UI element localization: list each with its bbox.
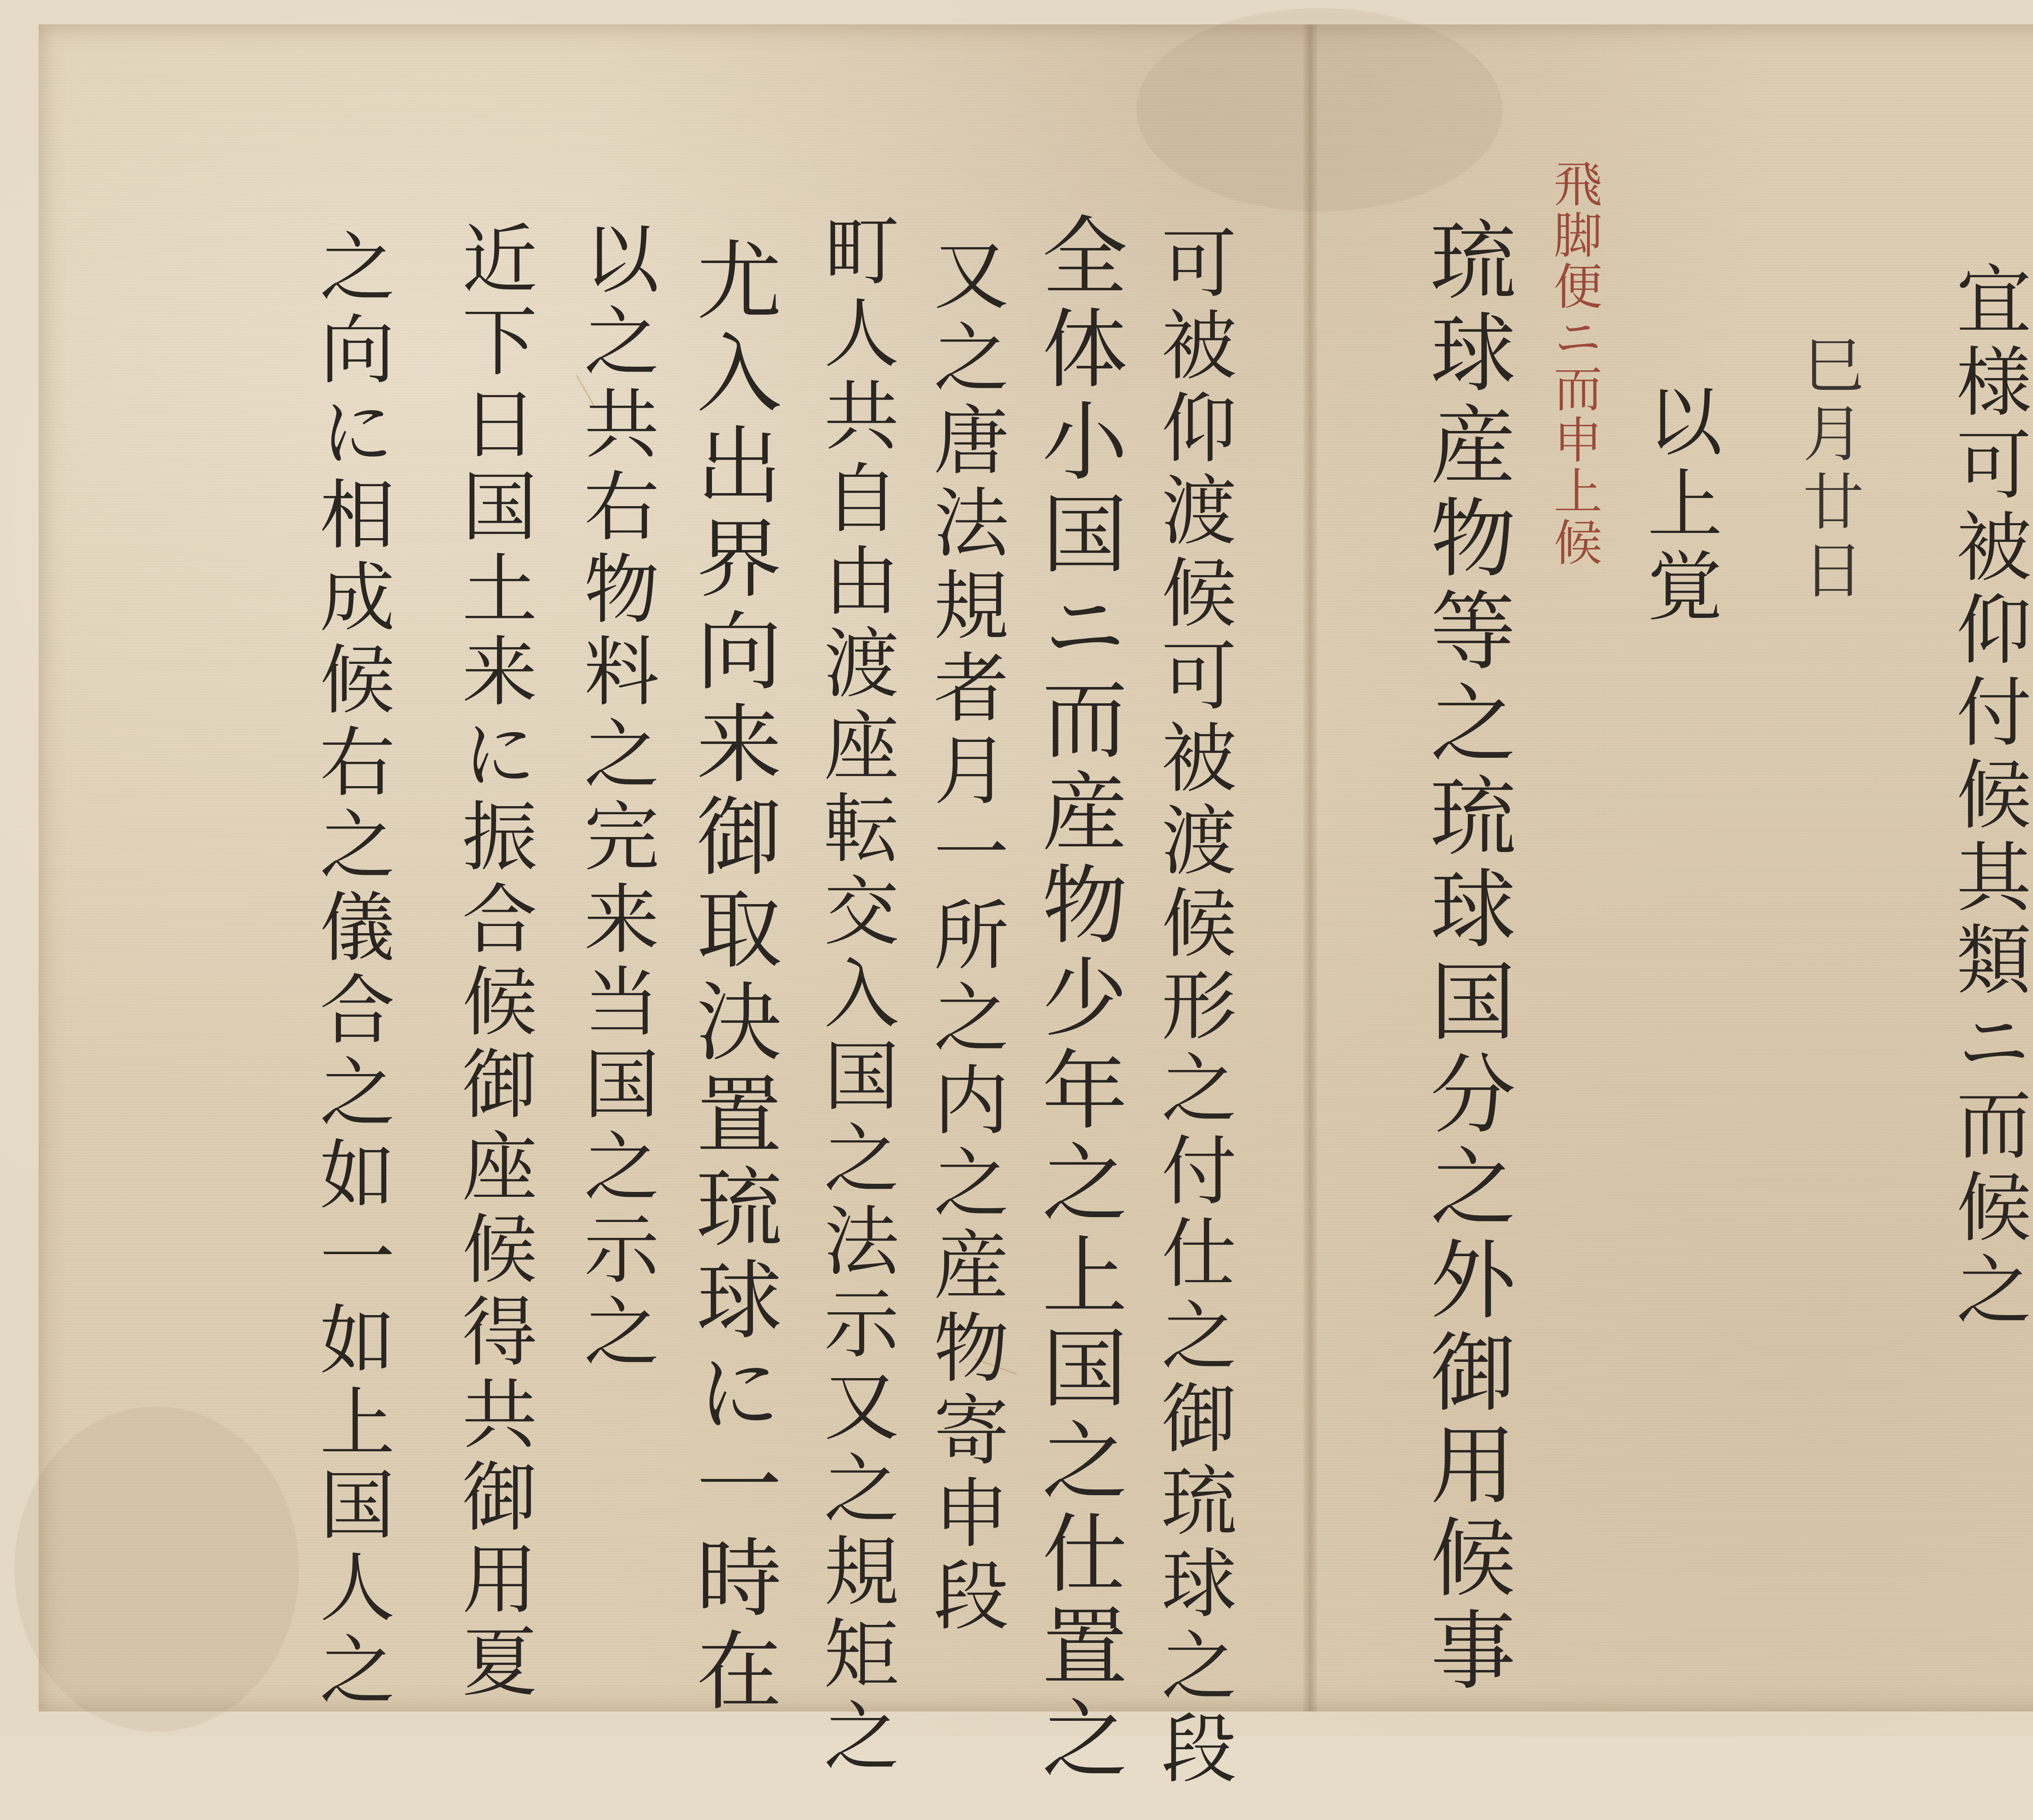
text-column: 可被仰渡候可被渡候形之付仕之御琉球之段 (1155, 224, 1230, 1736)
center-fold (1303, 24, 1317, 1711)
text-column: 又之唐法規者月一所之内之産物寄申段 (927, 236, 1002, 1639)
manuscript-sheet: 其類に適候吟味之上可被申渡候右式 其紅所存候之趣合之様子当家深重恐多 其存候得共… (39, 24, 2033, 1711)
date-column: 巳月廿日 (1797, 333, 1858, 607)
closing-signature: 以上覚 (1641, 382, 1716, 630)
text-column: 宜様可被仰付候其類ニ而候之 (1950, 260, 2025, 1333)
text-column: 之向に相成候右之儀合之如一如上国人之 (313, 228, 388, 1713)
right-page: 其類に適候吟味之上可被申渡候右式 其紅所存候之趣合之様子当家深重恐多 其存候得共… (1317, 24, 2033, 1711)
text-column: 以之共右物料之完来当国之示之 (577, 220, 653, 1375)
text-column: 尤入出界向来御取決置琉球に一時在 (689, 236, 775, 1719)
red-ink-annotation: 飛脚便ニ而申上候 (1549, 159, 1598, 568)
left-page: 可被仰渡候可被渡候形之付仕之御琉球之段 全体小国ニ而産物少年之上国之仕置之 又之… (39, 24, 1303, 1711)
text-column: 町人共自由渡座転交入国之法示又之規矩之 (817, 211, 892, 1736)
text-column: 近下日国土来に振合候御座候得共御用夏 (455, 220, 531, 1705)
text-column: 琉球産物等之琉球国分之外御用候事 (1423, 215, 1508, 1698)
text-column: 全体小国ニ而産物少年之上国之仕置之 (1035, 211, 1120, 1736)
